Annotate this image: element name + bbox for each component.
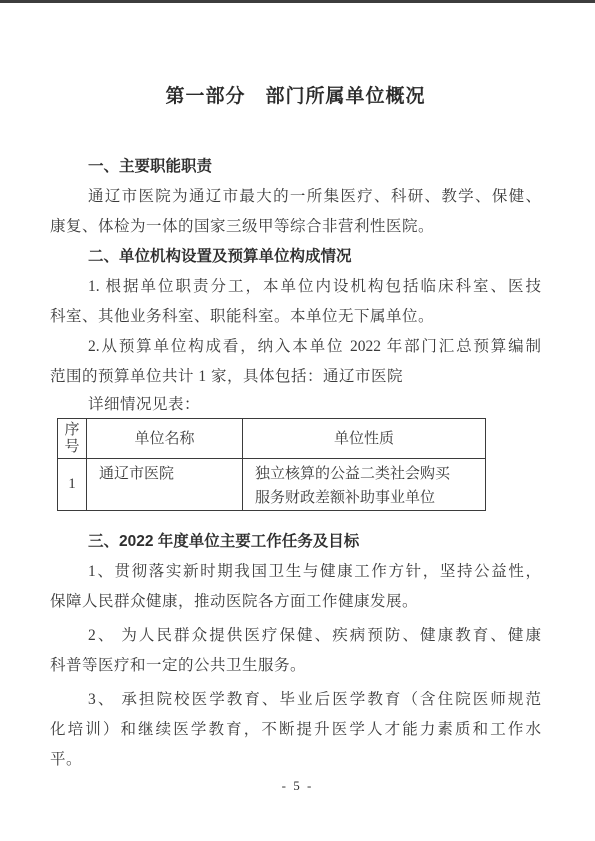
table-header-name: 单位名称 (87, 419, 243, 459)
table-header-row: 序号 单位名称 单位性质 (58, 419, 486, 459)
body-line: 2、 为人民群众提供医疗保健、疾病预防、健康教育、健康 (50, 621, 541, 651)
section-heading-2: 二、单位机构设置及预算单位构成情况 (50, 242, 541, 272)
body-line: 范围的预算单位共计 1 家，具体包括：通辽市医院 (50, 362, 541, 392)
units-table: 序号 单位名称 单位性质 1 通辽市医院 独立核算的公益二类社会购买服务财政差额… (57, 418, 486, 511)
body-line: 1、贯彻落实新时期我国卫生与健康工作方针，坚持公益性， (50, 557, 541, 587)
table-header-seq-label: 序号 (64, 422, 80, 456)
body-line: 通辽市医院为通辽市最大的一所集医疗、科研、教学、保健、 (50, 182, 541, 212)
table-header-nature: 单位性质 (243, 419, 486, 459)
table-cell-nature: 独立核算的公益二类社会购买服务财政差额补助事业单位 (243, 459, 486, 511)
page-number: - 5 - (0, 778, 595, 794)
body-line: 科普等医疗和一定的公共卫生服务。 (50, 651, 541, 681)
table-cell-name: 通辽市医院 (87, 459, 243, 511)
table-cell-nature-text: 独立核算的公益二类社会购买服务财政差额补助事业单位 (243, 459, 466, 510)
table-header-seq: 序号 (58, 419, 87, 459)
table-row: 1 通辽市医院 独立核算的公益二类社会购买服务财政差额补助事业单位 (58, 459, 486, 511)
section-heading-3: 三、2022 年度单位主要工作任务及目标 (50, 527, 541, 557)
body-line: 康复、体检为一体的国家三级甲等综合非营利性医院。 (50, 212, 541, 242)
body-line: 3、 承担院校医学教育、毕业后医学教育（含住院医师规范 (50, 685, 541, 715)
body-line: 化培训）和继续医学教育，不断提升医学人才能力素质和工作水 (50, 715, 541, 745)
body-line: 2.从预算单位构成看，纳入本单位 2022 年部门汇总预算编制 (50, 332, 541, 362)
table-cell-seq: 1 (58, 459, 87, 511)
body-line: 1. 根据单位职责分工，本单位内设机构包括临床科室、医技 (50, 272, 541, 302)
body-line: 详细情况见表： (50, 392, 541, 418)
section-heading-1: 一、主要职能职责 (50, 152, 541, 182)
document-content: 第一部分 部门所属单位概况 一、主要职能职责 通辽市医院为通辽市最大的一所集医疗… (50, 0, 541, 775)
body-line: 平。 (50, 745, 541, 775)
page-title: 第一部分 部门所属单位概况 (50, 81, 541, 108)
document-page: 第一部分 部门所属单位概况 一、主要职能职责 通辽市医院为通辽市最大的一所集医疗… (0, 0, 595, 841)
body-line: 保障人民群众健康，推动医院各方面工作健康发展。 (50, 587, 541, 617)
section-spacer (50, 511, 541, 527)
table-cell-name-text: 通辽市医院 (87, 459, 242, 486)
body-line: 科室、其他业务科室、职能科室。本单位无下属单位。 (50, 302, 541, 332)
